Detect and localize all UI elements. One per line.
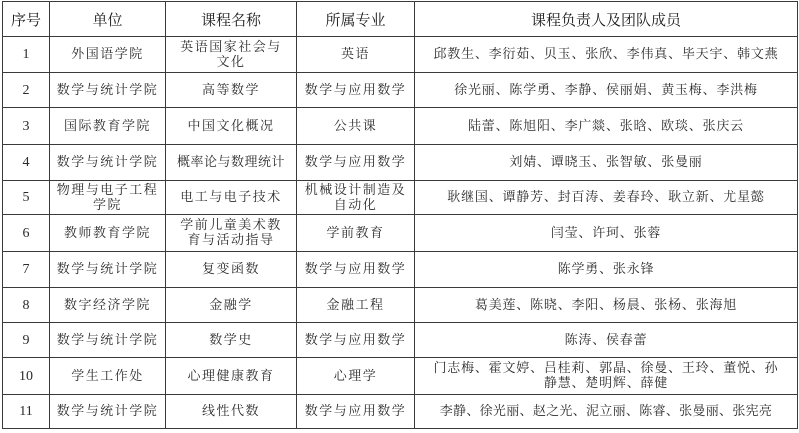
header-members: 课程负责人及团队成员 <box>415 2 798 37</box>
header-row: 序号 单位 课程名称 所属专业 课程负责人及团队成员 <box>3 2 798 37</box>
row-major: 心理学 <box>297 358 415 395</box>
row-major: 数学与应用数学 <box>297 145 415 181</box>
row-index: 5 <box>3 181 50 215</box>
row-unit: 学生工作处 <box>50 358 166 395</box>
row-members: 葛美莲、陈晓、李阳、杨晨、张杨、张海旭 <box>415 288 798 323</box>
table-row: 5 物理与电子工程学院 电工与电子技术 机械设计制造及自动化 耿继国、谭静芳、封… <box>3 181 798 215</box>
row-course: 金融学 <box>166 288 297 323</box>
course-team-table: 序号 单位 课程名称 所属专业 课程负责人及团队成员 1 外国语学院 英语国家社… <box>2 1 798 429</box>
row-index: 1 <box>3 37 50 73</box>
row-major: 公共课 <box>297 108 415 145</box>
row-unit: 物理与电子工程学院 <box>50 181 166 215</box>
row-major: 学前教育 <box>297 215 415 252</box>
row-index: 10 <box>3 358 50 395</box>
row-unit: 数学与统计学院 <box>50 252 166 288</box>
row-members: 李静、徐光丽、赵之光、泥立丽、陈睿、张曼丽、张宪亮 <box>415 395 798 429</box>
table-row: 6 教师教育学院 学前儿童美术教育与活动指导 学前教育 闫莹、许珂、张蓉 <box>3 215 798 252</box>
row-unit: 教师教育学院 <box>50 215 166 252</box>
row-index: 6 <box>3 215 50 252</box>
row-major: 机械设计制造及自动化 <box>297 181 415 215</box>
table-row: 1 外国语学院 英语国家社会与文化 英语 邱教生、李衍茹、贝玉、张欣、李伟真、毕… <box>3 37 798 73</box>
table-row: 8 数字经济学院 金融学 金融工程 葛美莲、陈晓、李阳、杨晨、张杨、张海旭 <box>3 288 798 323</box>
row-unit: 数学与统计学院 <box>50 395 166 429</box>
header-course: 课程名称 <box>166 2 297 37</box>
row-members: 徐光丽、陈学勇、李静、侯丽娟、黄玉梅、李洪梅 <box>415 73 798 108</box>
row-index: 3 <box>3 108 50 145</box>
row-members: 门志梅、霍文婷、吕桂莉、郭晶、徐曼、王玲、董悦、孙静慧、楚明辉、薛健 <box>415 358 798 395</box>
header-index: 序号 <box>3 2 50 37</box>
row-course: 概率论与数理统计 <box>166 145 297 181</box>
row-unit: 外国语学院 <box>50 37 166 73</box>
row-index: 7 <box>3 252 50 288</box>
row-unit: 数学与统计学院 <box>50 145 166 181</box>
row-members: 耿继国、谭静芳、封百涛、姜春玲、耿立新、尤星懿 <box>415 181 798 215</box>
row-members: 闫莹、许珂、张蓉 <box>415 215 798 252</box>
row-course: 英语国家社会与文化 <box>166 37 297 73</box>
row-major: 数学与应用数学 <box>297 395 415 429</box>
row-unit: 数学与统计学院 <box>50 73 166 108</box>
table-row: 7 数学与统计学院 复变函数 数学与应用数学 陈学勇、张永锋 <box>3 252 798 288</box>
table-row: 2 数学与统计学院 高等数学 数学与应用数学 徐光丽、陈学勇、李静、侯丽娟、黄玉… <box>3 73 798 108</box>
row-members: 邱教生、李衍茹、贝玉、张欣、李伟真、毕天宇、韩文燕 <box>415 37 798 73</box>
header-unit: 单位 <box>50 2 166 37</box>
table-row: 4 数学与统计学院 概率论与数理统计 数学与应用数学 刘婧、谭晓玉、张智敏、张曼… <box>3 145 798 181</box>
row-unit: 数学与统计学院 <box>50 323 166 358</box>
row-major: 数学与应用数学 <box>297 252 415 288</box>
row-major: 英语 <box>297 37 415 73</box>
row-members: 刘婧、谭晓玉、张智敏、张曼丽 <box>415 145 798 181</box>
table-row: 11 数学与统计学院 线性代数 数学与应用数学 李静、徐光丽、赵之光、泥立丽、陈… <box>3 395 798 429</box>
row-unit: 国际教育学院 <box>50 108 166 145</box>
row-index: 4 <box>3 145 50 181</box>
row-course: 线性代数 <box>166 395 297 429</box>
row-members: 陈涛、侯春蕾 <box>415 323 798 358</box>
table-row: 9 数学与统计学院 数学史 数学与应用数学 陈涛、侯春蕾 <box>3 323 798 358</box>
table-row: 3 国际教育学院 中国文化概况 公共课 陆蕾、陈旭阳、李广燚、张晗、欧琰、张庆云 <box>3 108 798 145</box>
table-row: 10 学生工作处 心理健康教育 心理学 门志梅、霍文婷、吕桂莉、郭晶、徐曼、王玲… <box>3 358 798 395</box>
row-course: 电工与电子技术 <box>166 181 297 215</box>
row-index: 2 <box>3 73 50 108</box>
row-major: 数学与应用数学 <box>297 323 415 358</box>
row-course: 数学史 <box>166 323 297 358</box>
row-members: 陆蕾、陈旭阳、李广燚、张晗、欧琰、张庆云 <box>415 108 798 145</box>
row-course: 中国文化概况 <box>166 108 297 145</box>
row-course: 复变函数 <box>166 252 297 288</box>
row-members: 陈学勇、张永锋 <box>415 252 798 288</box>
row-index: 11 <box>3 395 50 429</box>
row-major: 数学与应用数学 <box>297 73 415 108</box>
row-index: 8 <box>3 288 50 323</box>
header-major: 所属专业 <box>297 2 415 37</box>
row-unit: 数字经济学院 <box>50 288 166 323</box>
row-course: 学前儿童美术教育与活动指导 <box>166 215 297 252</box>
row-index: 9 <box>3 323 50 358</box>
row-major: 金融工程 <box>297 288 415 323</box>
row-course: 高等数学 <box>166 73 297 108</box>
row-course: 心理健康教育 <box>166 358 297 395</box>
